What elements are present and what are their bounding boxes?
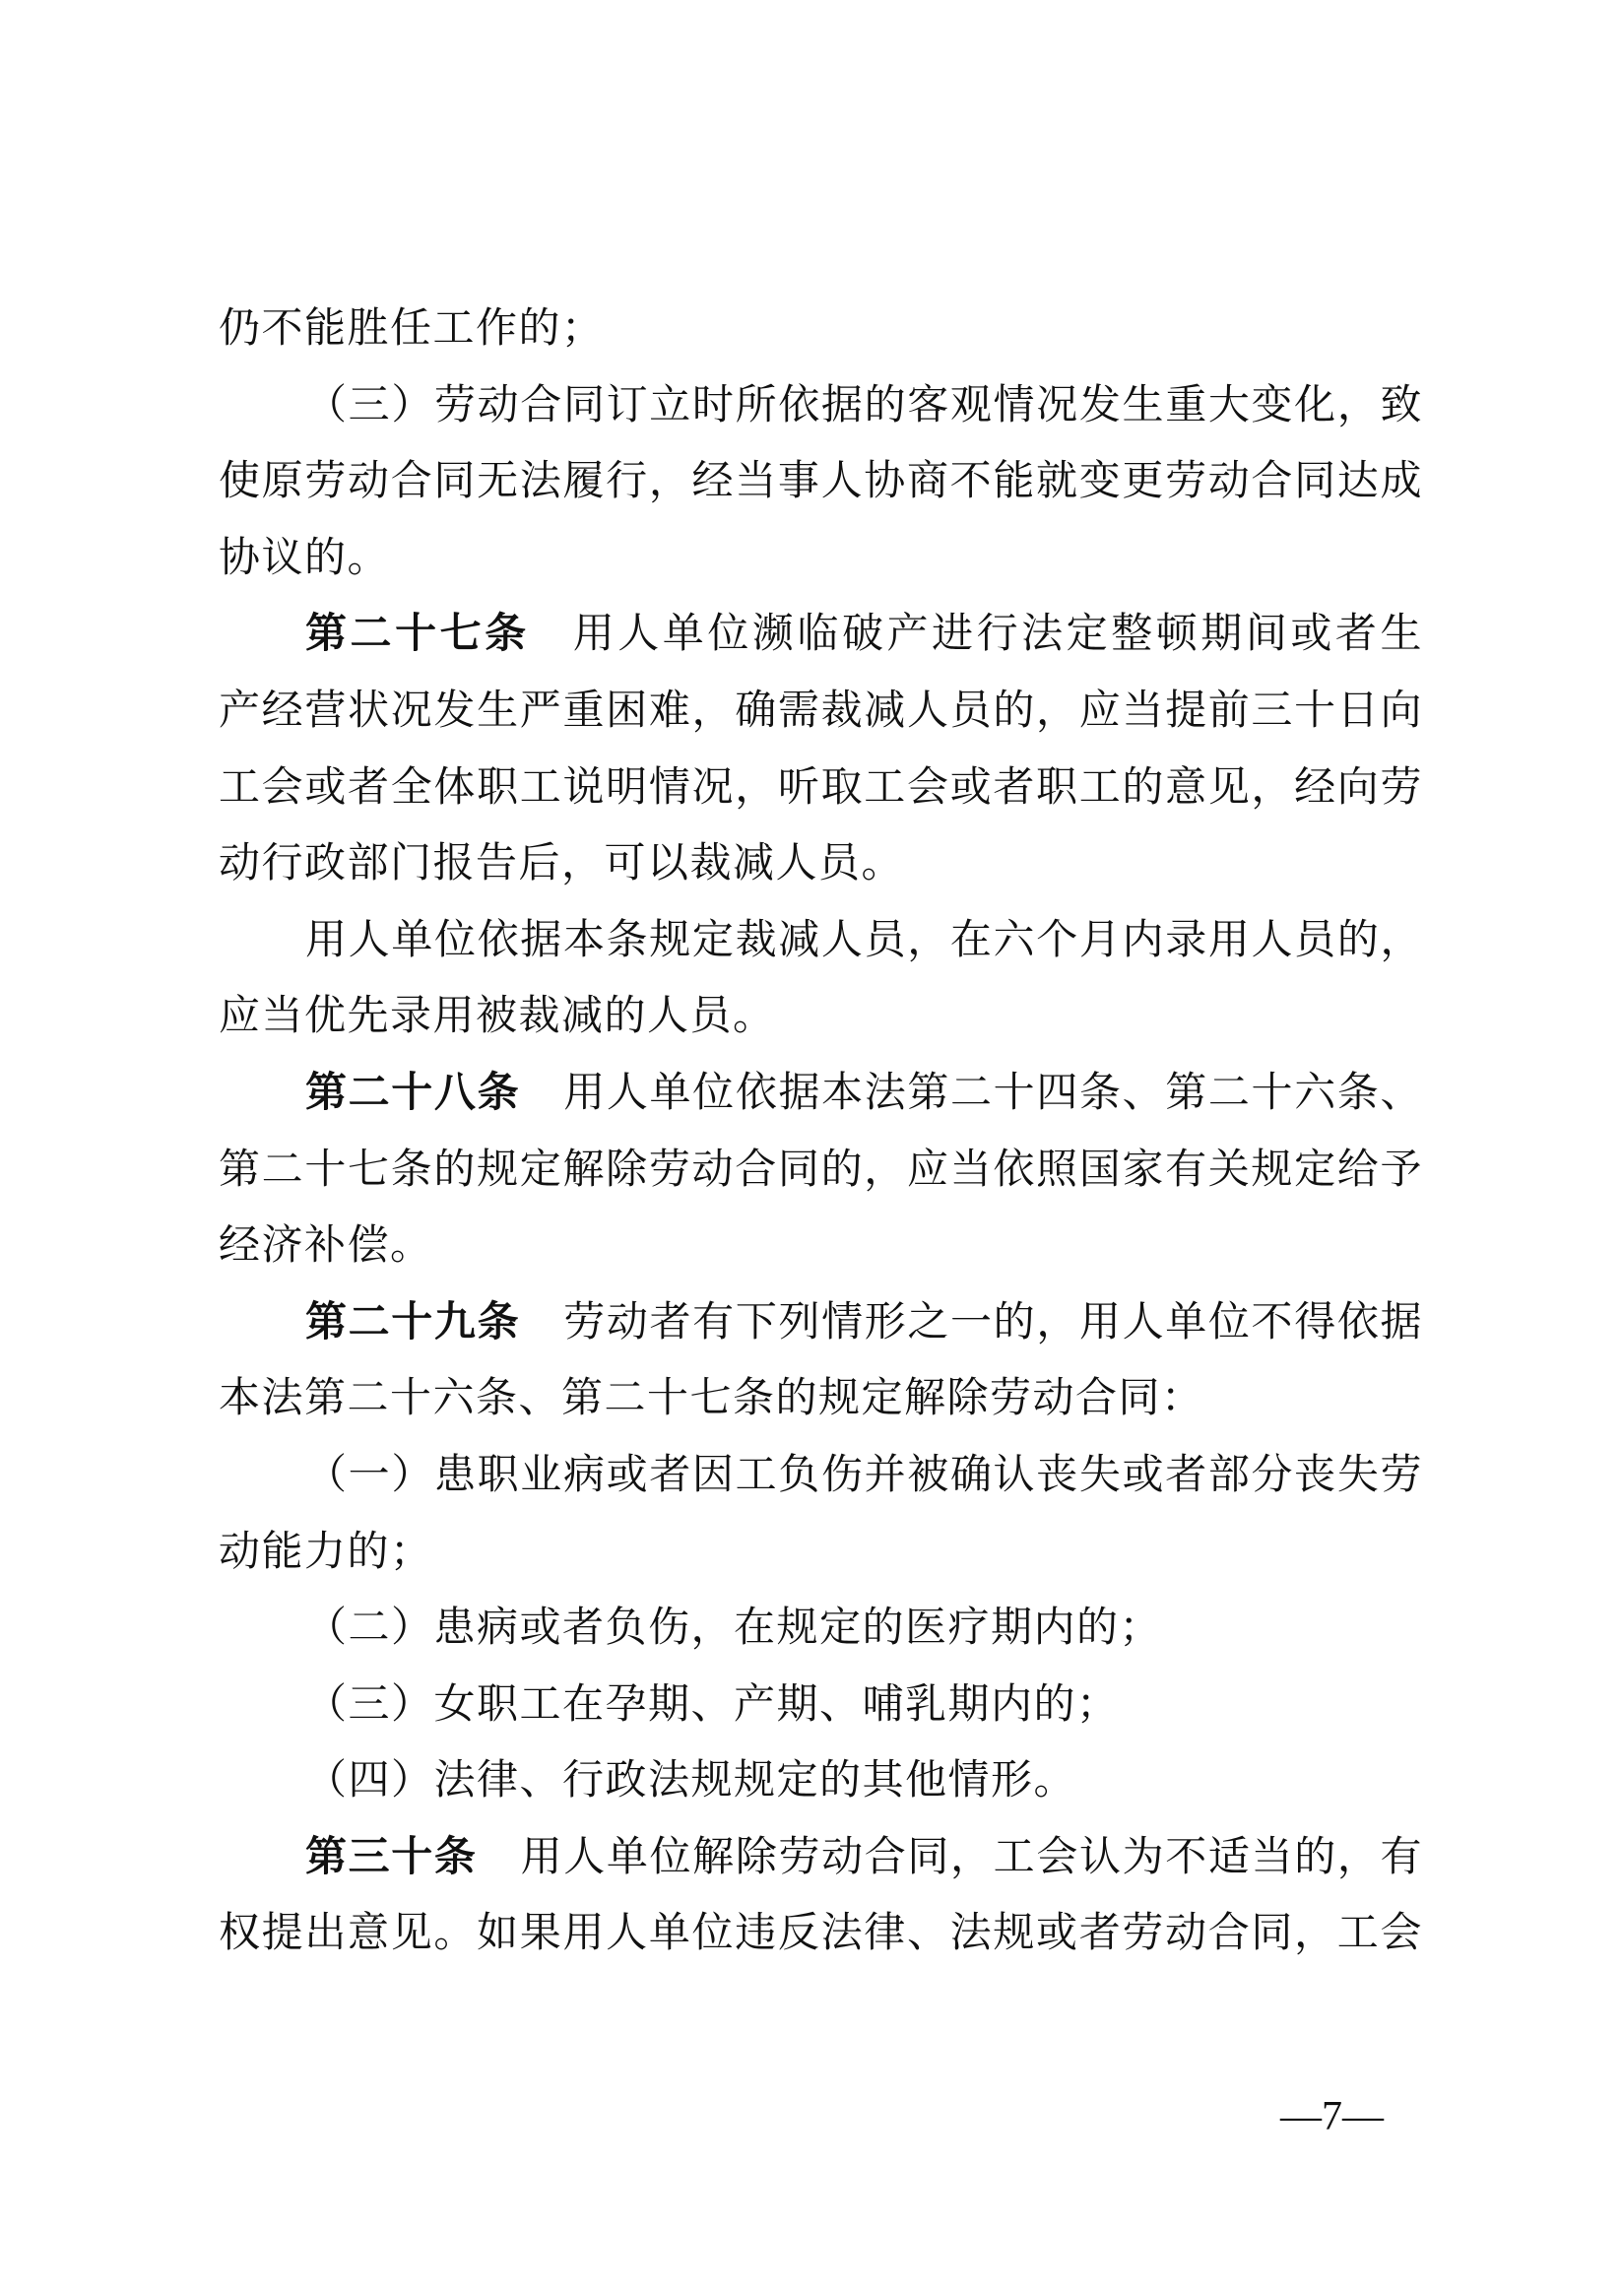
text-line: （一）患职业病或者因工负伤并被确认丧失或者部分丧失劳: [219, 1438, 1423, 1515]
text-line: （三）女职工在孕期、产期、哺乳期内的；: [219, 1668, 1423, 1744]
article-number-heading: 第三十条: [305, 1835, 478, 1880]
line-text: 劳动者有下列情形之一的，用人单位不得依据: [563, 1300, 1423, 1345]
text-line: （三）劳动合同订立时所依据的客观情况发生重大变化，致: [219, 368, 1423, 445]
line-text: 用人单位濒临破产进行法定整顿期间或者生: [573, 612, 1423, 657]
text-line: 动行政部门报告后，可以裁减人员。: [219, 826, 1423, 903]
line-text: 用人单位依据本法第二十四条、第二十六条、: [563, 1071, 1423, 1116]
text-line: （二）患病或者负伤，在规定的医疗期内的；: [219, 1591, 1423, 1668]
article-number-heading: 第二十八条: [305, 1071, 520, 1116]
page-number: —7—: [1280, 2094, 1389, 2139]
text-line: 用人单位依据本条规定裁减人员，在六个月内录用人员的，: [219, 903, 1423, 980]
text-line: 经济补偿。: [219, 1209, 1423, 1285]
text-line: 第二十七条的规定解除劳动合同的，应当依照国家有关规定给予: [219, 1133, 1423, 1210]
document-body: 仍不能胜任工作的； （三）劳动合同订立时所依据的客观情况发生重大变化，致 使原劳…: [219, 292, 1423, 1973]
text-line: 权提出意见。如果用人单位违反法律、法规或者劳动合同，工会: [219, 1896, 1423, 1973]
text-line: 使原劳动合同无法履行，经当事人协商不能就变更劳动合同达成: [219, 444, 1423, 521]
text-line: 动能力的；: [219, 1515, 1423, 1592]
article-number-heading: 第二十九条: [305, 1300, 520, 1345]
text-line: 第三十条用人单位解除劳动合同，工会认为不适当的，有: [219, 1820, 1423, 1897]
line-text: 用人单位解除劳动合同，工会认为不适当的，有: [521, 1835, 1423, 1880]
text-line: 第二十八条用人单位依据本法第二十四条、第二十六条、: [219, 1056, 1423, 1133]
text-line: 工会或者全体职工说明情况，听取工会或者职工的意见，经向劳: [219, 751, 1423, 827]
text-line: 第二十七条用人单位濒临破产进行法定整顿期间或者生: [219, 597, 1423, 674]
text-line: 第二十九条劳动者有下列情形之一的，用人单位不得依据: [219, 1285, 1423, 1362]
text-line: 本法第二十六条、第二十七条的规定解除劳动合同：: [219, 1361, 1423, 1438]
text-line: 协议的。: [219, 521, 1423, 598]
article-number-heading: 第二十七条: [305, 612, 530, 657]
text-line: （四）法律、行政法规规定的其他情形。: [219, 1743, 1423, 1820]
document-page: 仍不能胜任工作的； （三）劳动合同订立时所依据的客观情况发生重大变化，致 使原劳…: [0, 0, 1621, 2296]
text-line: 产经营状况发生严重困难，确需裁减人员的，应当提前三十日向: [219, 674, 1423, 751]
text-line: 应当优先录用被裁减的人员。: [219, 979, 1423, 1056]
text-line: 仍不能胜任工作的；: [219, 292, 1423, 368]
